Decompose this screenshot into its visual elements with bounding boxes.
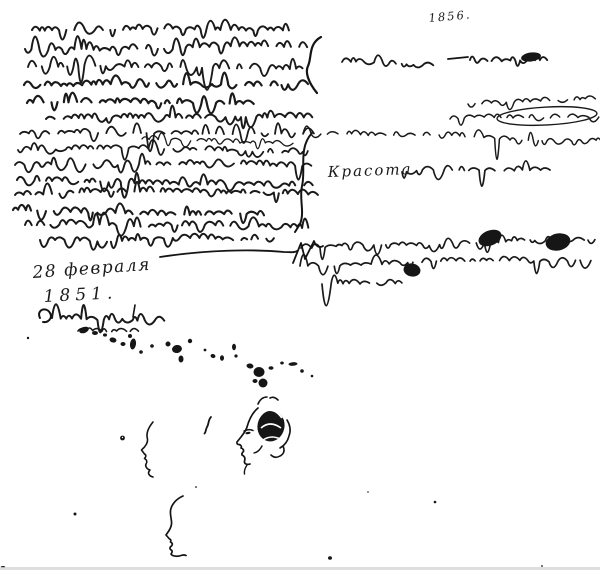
date-year: 1851.: [43, 283, 118, 307]
ink-blot: [188, 339, 192, 343]
handwriting-line: [25, 36, 307, 56]
hair-mass: [255, 408, 288, 444]
curly-brace-top: [307, 37, 321, 93]
ink-blot: [195, 486, 197, 488]
ink-blot: [129, 338, 136, 350]
dash-mark: [448, 57, 468, 59]
ink-blot: [220, 355, 224, 361]
eye-line: [245, 431, 251, 434]
brow-line: [244, 430, 253, 431]
ink-blot: [171, 344, 182, 354]
handwriting-line: [40, 234, 274, 250]
ink-blot: [232, 344, 236, 350]
ink-blot-trail: [1, 325, 543, 568]
ink-blot: [109, 337, 117, 344]
heavy-ink-blobs: [403, 51, 572, 278]
ink-blot: [166, 342, 171, 347]
ink-blot: [92, 331, 98, 335]
handwriting-line: [15, 154, 311, 180]
handwriting-margin-notes: [300, 55, 600, 306]
ink-blot: [78, 325, 89, 334]
ink-blot: [150, 344, 154, 348]
ink-blot: [269, 366, 274, 370]
face-sketch-left-profile: [120, 422, 153, 477]
ink-blot: [254, 367, 265, 377]
handwriting-line: [322, 275, 402, 305]
handwriting-line: [20, 123, 314, 151]
ink-blot: [300, 369, 304, 373]
ink-blot: [311, 375, 314, 378]
handwriting-line: [18, 140, 308, 160]
manuscript-canvas: 1856. Красота 28 февраля 1851.: [0, 0, 600, 570]
ink-blot: [128, 334, 132, 338]
ink-blot: [541, 565, 543, 567]
ink-blot: [27, 337, 29, 339]
manuscript-page: 1856. Красота 28 февраля 1851.: [0, 0, 600, 570]
top-right-year-note: 1856.: [428, 7, 472, 25]
ink-blot: [367, 491, 369, 493]
handwriting-line: [402, 161, 550, 186]
underline-flourish: [160, 241, 323, 263]
ink-blot: [204, 349, 207, 352]
ink-blot: [139, 350, 143, 354]
face-sketch-bottom-profile: [166, 496, 186, 556]
ink-blot: [288, 362, 297, 366]
handwriting-line: [25, 213, 308, 236]
stray-stroke: [205, 417, 212, 434]
date-day-month: 28 февраля: [31, 255, 152, 283]
ink-blot: [179, 356, 184, 363]
handwriting-line: [52, 304, 164, 332]
ink-blot: [253, 379, 258, 383]
ink-blot: [259, 379, 268, 388]
ink-blot: [103, 333, 107, 336]
handwriting-line: [27, 93, 254, 114]
ink-blot: [328, 556, 332, 560]
ink-blot: [74, 513, 77, 516]
handwriting-line: [46, 106, 312, 129]
handwriting-line: [450, 114, 599, 125]
ink-blot: [280, 362, 284, 365]
handwriting-line: [17, 173, 313, 198]
ink-blot: [434, 501, 437, 504]
margin-keyword: Красота: [327, 160, 413, 181]
ink-blot: [121, 342, 126, 346]
handwriting-line: [303, 126, 600, 159]
ink-blot: [246, 363, 254, 369]
ink-blot: [210, 353, 216, 358]
handwriting-line: [300, 255, 591, 275]
handwriting-line: [32, 20, 289, 40]
handwriting-line: [342, 55, 433, 67]
face-sketch-dark-hair: [237, 397, 290, 474]
ink-blot: [234, 354, 237, 357]
